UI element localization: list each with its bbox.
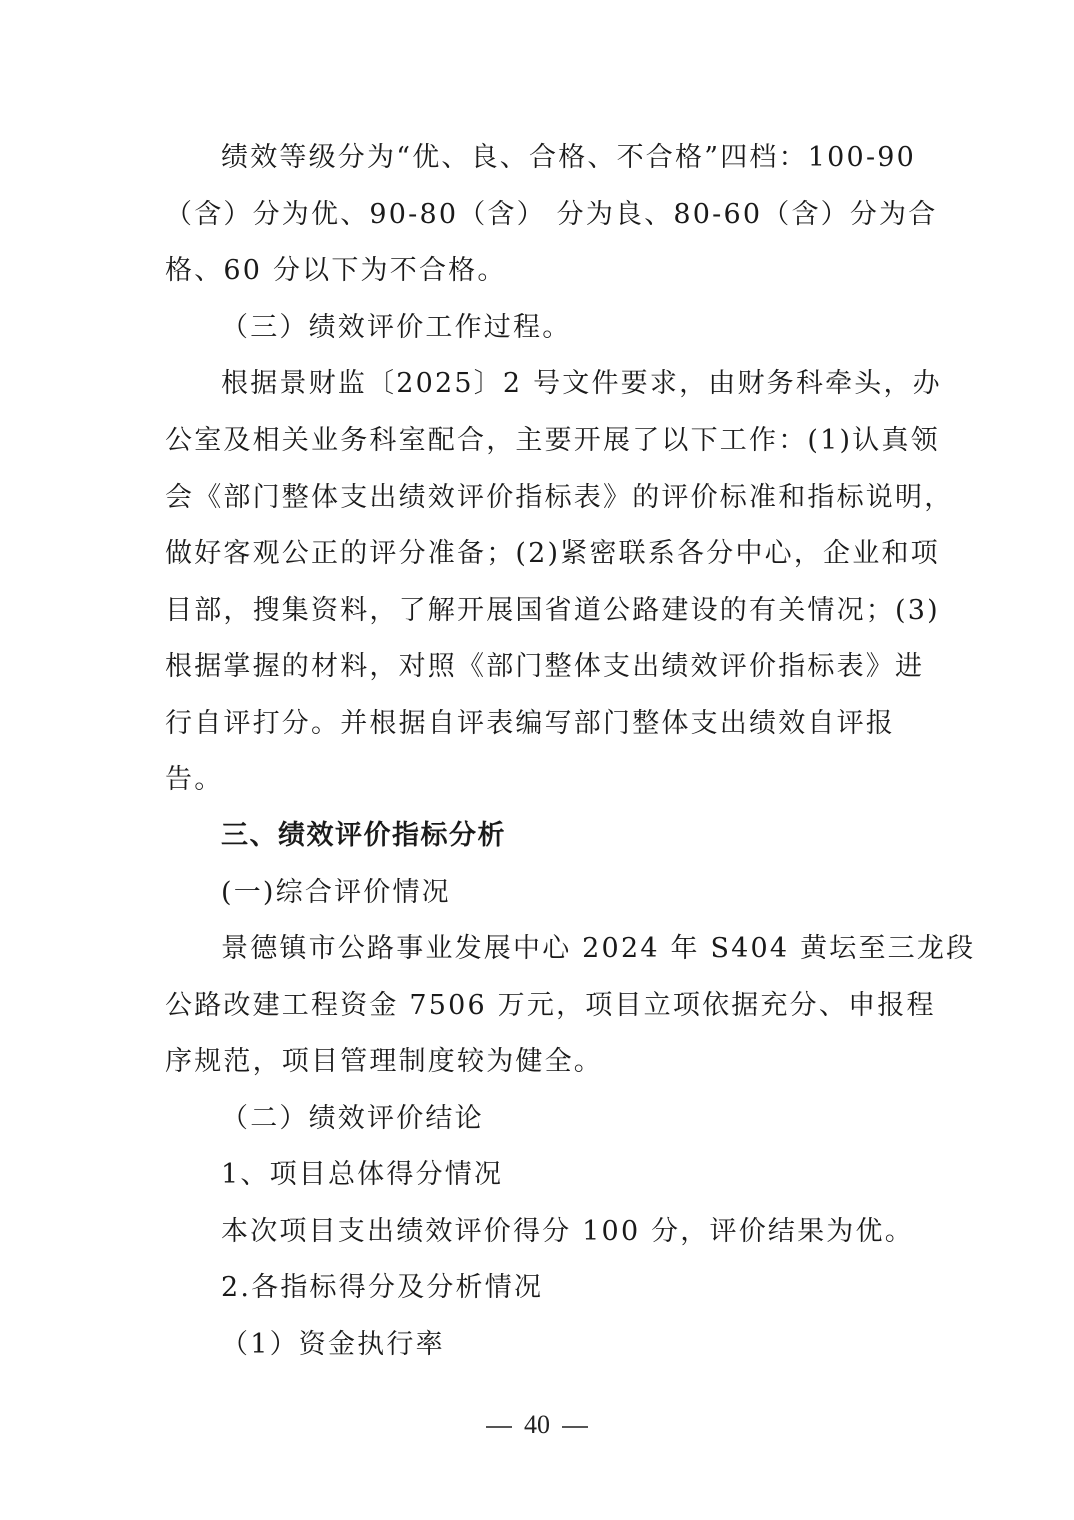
paragraph-line: 公路改建工程资金 7506 万元，项目立项依据充分、申报程: [165, 988, 925, 1024]
paragraph-line-grading-levels: 绩效等级分为“优、良、合格、不合格”四档：100-90: [221, 140, 981, 176]
paragraph-line: 景德镇市公路事业发展中心 2024 年 S404 黄坛至三龙段: [221, 931, 981, 967]
paragraph-line: 根据景财监〔2025〕2 号文件要求，由财务科牵头，办: [221, 366, 981, 402]
document-page: 绩效等级分为“优、良、合格、不合格”四档：100-90 （含）分为优、90-80…: [0, 0, 1074, 1520]
page-footer: 40: [0, 1410, 1074, 1440]
paragraph-line: 序规范，项目管理制度较为健全。: [165, 1044, 925, 1080]
paragraph-line: 格、60 分以下为不合格。: [165, 253, 925, 289]
dash-right-decoration: [562, 1426, 588, 1428]
subheading-overall-evaluation: (一)综合评价情况: [221, 875, 981, 911]
section-heading-indicator-analysis: 三、绩效评价指标分析: [221, 818, 981, 854]
paragraph-line: 告。: [165, 762, 925, 798]
paragraph-line: 目部，搜集资料，了解开展国省道公路建设的有关情况；(3): [165, 593, 925, 629]
subheading-evaluation-conclusion: （二）绩效评价结论: [221, 1101, 981, 1137]
paragraph-line: 会《部门整体支出绩效评价指标表》的评价标准和指标说明，: [165, 480, 925, 516]
paragraph-line-score-result: 本次项目支出绩效评价得分 100 分，评价结果为优。: [221, 1214, 981, 1250]
paragraph-line: 行自评打分。并根据自评表编写部门整体支出绩效自评报: [165, 706, 925, 742]
subheading-overall-score: 1、项目总体得分情况: [221, 1157, 981, 1193]
paragraph-line: （含）分为优、90-80（含） 分为良、80-60（含）分为合: [165, 197, 925, 233]
subheading-indicator-scores: 2.各指标得分及分析情况: [221, 1270, 981, 1306]
paragraph-line: 做好客观公正的评分准备；(2)紧密联系各分中心，企业和项: [165, 536, 925, 572]
dash-left-decoration: [486, 1426, 512, 1428]
subheading-fund-execution-rate: （1）资金执行率: [221, 1327, 981, 1363]
page-number: 40: [524, 1410, 550, 1439]
paragraph-line: 根据掌握的材料，对照《部门整体支出绩效评价指标表》进: [165, 649, 925, 685]
subheading-evaluation-process: （三）绩效评价工作过程。: [221, 310, 981, 346]
paragraph-line: 公室及相关业务科室配合，主要开展了以下工作：(1)认真领: [165, 423, 925, 459]
